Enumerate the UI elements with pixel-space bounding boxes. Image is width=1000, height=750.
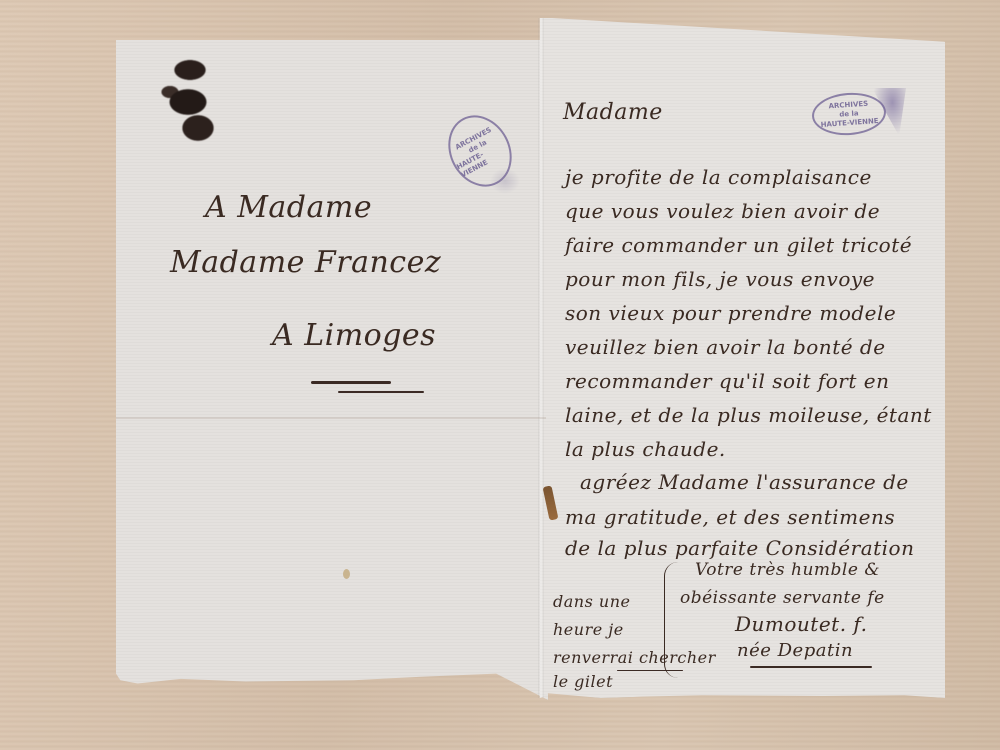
body-line: veuillez bien avoir la bonté de (565, 335, 886, 359)
body-line: la plus chaude. (565, 437, 726, 461)
center-fold (538, 18, 544, 698)
stamp-ghost-smudge (490, 168, 520, 194)
body-line: que vous voulez bien avoir de (565, 199, 880, 223)
address-line-1: A Madame (205, 190, 372, 225)
horizontal-fold (116, 417, 546, 419)
body-line: son vieux pour prendre modele (565, 301, 896, 325)
stamp-text: HAUTE-VIENNE (820, 116, 878, 129)
paper-speck (343, 569, 350, 579)
body-line: pour mon fils, je vous envoye (565, 267, 875, 291)
body-line: ma gratitude, et des sentimens (565, 505, 895, 529)
body-line: de la plus parfaite Considération (565, 536, 914, 560)
body-line: recommander qu'il soit fort en (565, 369, 889, 393)
body-line: je profite de la complaisance (565, 165, 872, 189)
postscript-line: renverrai chercher (553, 648, 716, 667)
signature-underline (750, 666, 872, 668)
address-line-3: A Limoges (272, 318, 436, 353)
closing-line: Votre très humble & (695, 560, 880, 580)
address-underline-2 (338, 391, 424, 393)
address-line-2: Madame Francez (170, 245, 441, 280)
postscript-line: heure je (553, 620, 624, 639)
curly-brace (664, 562, 681, 678)
body-line: faire commander un gilet tricoté (565, 233, 912, 257)
address-underline-1 (311, 381, 391, 384)
closing-line: obéissante servante fe (680, 588, 885, 608)
postscript-line: dans une (553, 592, 630, 611)
body-line: agréez Madame l'assurance de (580, 470, 909, 494)
signature-name: Dumoutet. f. (735, 612, 867, 636)
signature-maiden-name: née Depatin (737, 640, 853, 661)
ink-blot-seal-remnant (150, 52, 230, 144)
body-line: laine, et de la plus moileuse, étant (565, 403, 932, 427)
postscript-line: le gilet (553, 672, 613, 691)
salutation: Madame (563, 100, 663, 125)
